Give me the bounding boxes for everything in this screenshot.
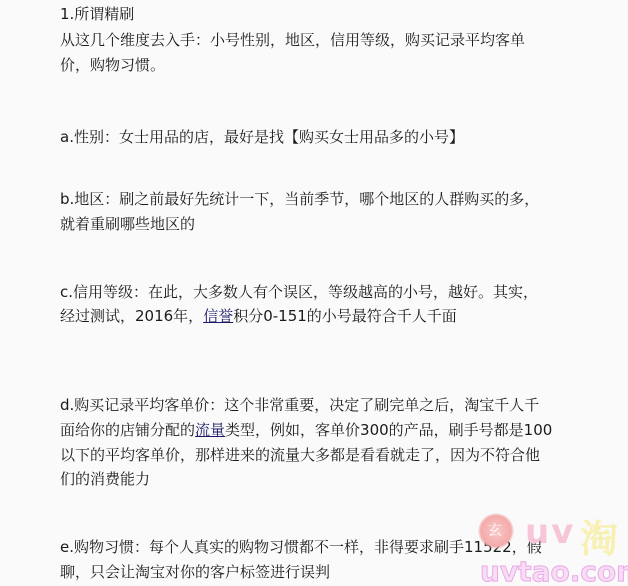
section-heading: 1.所谓精刷 bbox=[60, 2, 134, 26]
section-b-line-1: b.地区：刷之前最好先统计一下，当前季节，哪个地区的人群购买的多， bbox=[60, 187, 539, 211]
watermark-uv: uv bbox=[525, 512, 575, 552]
section-c-line-1: c.信用等级：在此，大多数人有个误区，等级越高的小号，越好。其实， bbox=[60, 280, 538, 304]
section-d-line-3: 以下的平均客单价，那样进来的流量大多都是看看就走了，因为不符合他 bbox=[60, 443, 540, 467]
section-a-line-1: a.性别：女士用品的店，最好是找【购买女士用品多的小号】 bbox=[60, 125, 464, 149]
section-d-text-after: 类型，例如，客单价300的产品，刷手号都是100 bbox=[225, 421, 552, 439]
section-b-line-2: 就着重刷哪些地区的 bbox=[60, 212, 195, 236]
section-d-line-1: d.购买记录平均客单价：这个非常重要，决定了刷完单之后，淘宝千人千 bbox=[60, 393, 539, 417]
section-d-line-2: 面给你的店铺分配的流量类型，例如，客单价300的产品，刷手号都是100 bbox=[60, 418, 552, 442]
section-d-line-4: 们的消费能力 bbox=[60, 467, 150, 491]
traffic-link[interactable]: 流量 bbox=[195, 421, 225, 439]
credit-link[interactable]: 信誉 bbox=[203, 307, 233, 325]
flower-logo-icon: 玄 bbox=[478, 513, 514, 549]
intro-line-1: 从这几个维度去入手：小号性别，地区，信用等级，购买记录平均客单 bbox=[60, 28, 525, 52]
section-e-line-1: e.购物习惯：每个人真实的购物习惯都不一样，非得要求刷手11522，假 bbox=[60, 535, 542, 559]
section-c-text-after: 积分0-151的小号最符合千人千面 bbox=[233, 307, 457, 325]
section-c-text-before: 经过测试，2016年， bbox=[60, 307, 203, 325]
intro-line-2: 价，购物习惯。 bbox=[60, 53, 165, 77]
watermark-url: uvtao.com bbox=[480, 555, 628, 586]
section-d-text-before: 面给你的店铺分配的 bbox=[60, 421, 195, 439]
section-e-line-2: 聊，只会让淘宝对你的客户标签进行误判 bbox=[60, 560, 330, 584]
section-c-line-2: 经过测试，2016年，信誉积分0-151的小号最符合千人千面 bbox=[60, 304, 457, 328]
